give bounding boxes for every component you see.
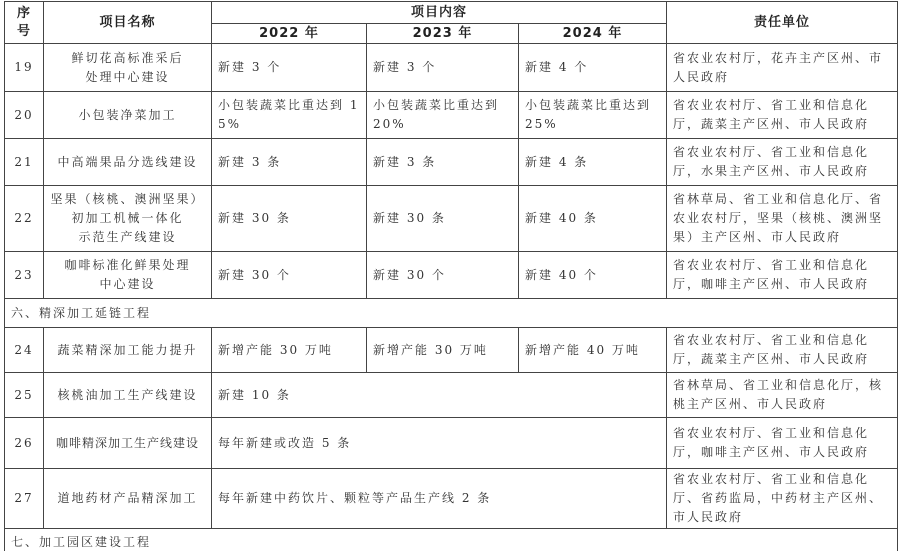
- row-2022: 小包装蔬菜比重达到 15%: [212, 92, 367, 139]
- header-project-name: 项目名称: [44, 2, 212, 44]
- row-project-name: 鲜切花高标准采后处理中心建设: [44, 44, 212, 92]
- row-number: 23: [5, 252, 44, 299]
- section-row: 六、精深加工延链工程: [5, 299, 898, 328]
- name-line: 坚果（核桃、澳洲坚果）: [50, 190, 205, 209]
- header-serial-number: 序号: [5, 2, 44, 44]
- table-row: 22 坚果（核桃、澳洲坚果）初加工机械一体化示范生产线建设 新建 30 条 新建…: [5, 186, 898, 252]
- row-content: 每年新建或改造 5 条: [212, 418, 667, 469]
- row-2024: 新建 4 个: [519, 44, 667, 92]
- header-row-1: 序号 项目名称 项目内容 责任单位: [5, 2, 898, 24]
- row-number: 22: [5, 186, 44, 252]
- row-project-name: 蔬菜精深加工能力提升: [44, 328, 212, 373]
- name-line: 处理中心建设: [50, 68, 205, 87]
- table-row: 25 核桃油加工生产线建设 新建 10 条 省林草局、省工业和信息化厅，核桃主产…: [5, 373, 898, 418]
- row-number: 25: [5, 373, 44, 418]
- row-responsible-unit: 省林草局、省工业和信息化厅、省农业农村厅，坚果（核桃、澳洲坚果）主产区州、市人民…: [667, 186, 898, 252]
- row-2022: 新建 3 个: [212, 44, 367, 92]
- row-2022: 新建 30 条: [212, 186, 367, 252]
- table-row: 20 小包装净菜加工 小包装蔬菜比重达到 15% 小包装蔬菜比重达到 20% 小…: [5, 92, 898, 139]
- row-responsible-unit: 省农业农村厅、省工业和信息化厅，咖啡主产区州、市人民政府: [667, 252, 898, 299]
- row-project-name: 核桃油加工生产线建设: [44, 373, 212, 418]
- row-project-name: 道地药材产品精深加工: [44, 469, 212, 529]
- row-2023: 新增产能 30 万吨: [367, 328, 519, 373]
- row-responsible-unit: 省林草局、省工业和信息化厅，核桃主产区州、市人民政府: [667, 373, 898, 418]
- row-2024: 新建 40 个: [519, 252, 667, 299]
- row-2024: 新增产能 40 万吨: [519, 328, 667, 373]
- section-title-7: 七、加工园区建设工程: [5, 529, 898, 551]
- row-project-name: 中高端果品分选线建设: [44, 139, 212, 186]
- table-row: 24 蔬菜精深加工能力提升 新增产能 30 万吨 新增产能 30 万吨 新增产能…: [5, 328, 898, 373]
- row-responsible-unit: 省农业农村厅、省工业和信息化厅、省药监局，中药材主产区州、市人民政府: [667, 469, 898, 529]
- table-row: 21 中高端果品分选线建设 新建 3 条 新建 3 条 新建 4 条 省农业农村…: [5, 139, 898, 186]
- row-number: 20: [5, 92, 44, 139]
- header-project-content: 项目内容: [212, 2, 667, 24]
- row-2023: 新建 30 条: [367, 186, 519, 252]
- row-responsible-unit: 省农业农村厅、省工业和信息化厅，咖啡主产区州、市人民政府: [667, 418, 898, 469]
- row-2024: 新建 4 条: [519, 139, 667, 186]
- row-2023: 新建 3 个: [367, 44, 519, 92]
- row-responsible-unit: 省农业农村厅、省工业和信息化厅，水果主产区州、市人民政府: [667, 139, 898, 186]
- name-line: 中心建设: [50, 275, 205, 294]
- row-2022: 新建 30 个: [212, 252, 367, 299]
- row-2023: 新建 30 个: [367, 252, 519, 299]
- table-row: 23 咖啡标准化鲜果处理中心建设 新建 30 个 新建 30 个 新建 40 个…: [5, 252, 898, 299]
- row-responsible-unit: 省农业农村厅、省工业和信息化厅，蔬菜主产区州、市人民政府: [667, 92, 898, 139]
- row-2024: 新建 40 条: [519, 186, 667, 252]
- row-responsible-unit: 省农业农村厅、省工业和信息化厅，蔬菜主产区州、市人民政府: [667, 328, 898, 373]
- row-number: 24: [5, 328, 44, 373]
- header-year-2024: 2024 年: [519, 24, 667, 44]
- document-page: 序号 项目名称 项目内容 责任单位 2022 年 2023 年 2024 年 1…: [4, 1, 897, 551]
- row-number: 27: [5, 469, 44, 529]
- section-row: 七、加工园区建设工程: [5, 529, 898, 551]
- row-number: 26: [5, 418, 44, 469]
- row-2024: 小包装蔬菜比重达到 25%: [519, 92, 667, 139]
- project-table: 序号 项目名称 项目内容 责任单位 2022 年 2023 年 2024 年 1…: [4, 1, 898, 551]
- row-project-name: 咖啡标准化鲜果处理中心建设: [44, 252, 212, 299]
- row-project-name: 坚果（核桃、澳洲坚果）初加工机械一体化示范生产线建设: [44, 186, 212, 252]
- header-year-2023: 2023 年: [367, 24, 519, 44]
- row-responsible-unit: 省农业农村厅，花卉主产区州、市人民政府: [667, 44, 898, 92]
- name-line: 示范生产线建设: [50, 228, 205, 247]
- name-line: 咖啡标准化鲜果处理: [50, 256, 205, 275]
- row-project-name: 小包装净菜加工: [44, 92, 212, 139]
- header-year-2022: 2022 年: [212, 24, 367, 44]
- name-line: 初加工机械一体化: [50, 209, 205, 228]
- row-number: 19: [5, 44, 44, 92]
- row-2023: 新建 3 条: [367, 139, 519, 186]
- row-content: 新建 10 条: [212, 373, 667, 418]
- row-content: 每年新建中药饮片、颗粒等产品生产线 2 条: [212, 469, 667, 529]
- row-number: 21: [5, 139, 44, 186]
- header-responsible-unit: 责任单位: [667, 2, 898, 44]
- table-row: 26 咖啡精深加工生产线建设 每年新建或改造 5 条 省农业农村厅、省工业和信息…: [5, 418, 898, 469]
- section-title-6: 六、精深加工延链工程: [5, 299, 898, 328]
- row-2022: 新增产能 30 万吨: [212, 328, 367, 373]
- name-line: 鲜切花高标准采后: [50, 49, 205, 68]
- row-project-name: 咖啡精深加工生产线建设: [44, 418, 212, 469]
- table-row: 19 鲜切花高标准采后处理中心建设 新建 3 个 新建 3 个 新建 4 个 省…: [5, 44, 898, 92]
- row-2023: 小包装蔬菜比重达到 20%: [367, 92, 519, 139]
- row-2022: 新建 3 条: [212, 139, 367, 186]
- table-row: 27 道地药材产品精深加工 每年新建中药饮片、颗粒等产品生产线 2 条 省农业农…: [5, 469, 898, 529]
